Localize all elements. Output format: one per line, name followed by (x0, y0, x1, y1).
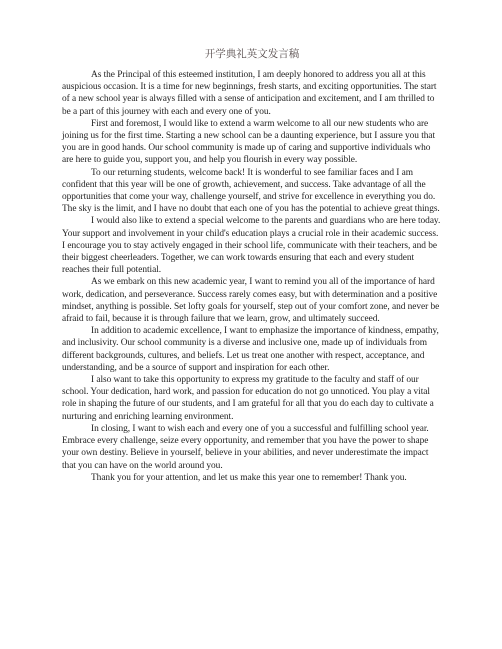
paragraph-new-students-welcome: First and foremost, I would like to exte… (62, 118, 442, 167)
document-page: 开学典礼英文发言稿 As the Principal of this estee… (0, 0, 502, 649)
paragraph-faculty-gratitude: I also want to take this opportunity to … (62, 374, 442, 423)
paragraph-closing-wishes: In closing, I want to wish each and ever… (62, 423, 442, 472)
paragraph-thank-you: Thank you for your attention, and let us… (62, 472, 442, 484)
document-body: As the Principal of this esteemed instit… (62, 69, 442, 484)
paragraph-opening: As the Principal of this esteemed instit… (62, 69, 442, 118)
paragraph-returning-students: To our returning students, welcome back!… (62, 167, 442, 216)
document-title: 开学典礼英文发言稿 (62, 47, 442, 62)
paragraph-kindness-inclusivity: In addition to academic excellence, I wa… (62, 325, 442, 374)
paragraph-parents-guardians: I would also like to extend a special we… (62, 215, 442, 276)
paragraph-hard-work: As we embark on this new academic year, … (62, 276, 442, 325)
